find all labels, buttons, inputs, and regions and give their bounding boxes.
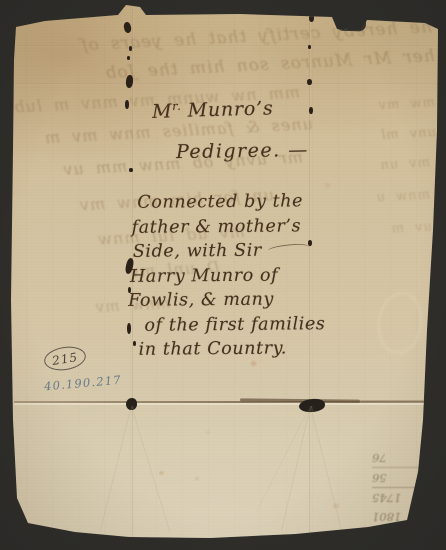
collection-number-oval: 215 <box>42 344 87 373</box>
horizontal-fold-top <box>12 45 438 47</box>
wax-speck <box>308 45 311 49</box>
wax-speck <box>127 56 130 60</box>
bleedthrough-line: uv m <box>332 219 433 239</box>
fox-stain <box>158 470 165 476</box>
watermark <box>374 289 426 357</box>
fox-stain <box>194 476 200 481</box>
title-line: Mr.Munro’s <box>152 96 274 123</box>
bleedthrough-line: mv un <box>330 155 431 175</box>
fox-stain <box>330 503 342 509</box>
note-line: Harry Munro of <box>130 263 325 289</box>
title-name: Munro’s <box>187 98 273 122</box>
tear-highlight <box>14 403 424 405</box>
wax-speck <box>307 79 312 85</box>
bleedthrough-line: mnw u <box>335 188 431 208</box>
horizontal-fold-upper <box>12 83 438 85</box>
diagonal-crease <box>257 406 312 512</box>
note-line: in that Country. <box>139 336 326 362</box>
top-edge-notch <box>336 13 367 31</box>
wax-speck <box>125 100 129 109</box>
note-paragraph: Connected by the father & mother’s Side,… <box>127 189 326 362</box>
accession-number: 40.190.217 <box>44 373 123 394</box>
title-superscript: r. <box>172 99 182 113</box>
note-line: of the first families <box>144 312 325 338</box>
fox-stain <box>323 182 332 189</box>
bleedthrough-line: unv ml <box>328 125 437 146</box>
pencil-number: 76 <box>372 448 418 467</box>
pencil-arithmetic: 1801 1745 56 76 <box>372 448 418 526</box>
note-line: Side, with Sir <box>133 238 325 264</box>
letter-sheet: he hereby certify that he years of her M… <box>0 0 446 550</box>
title-abbrev: M <box>152 100 173 123</box>
wax-speck <box>129 46 132 51</box>
note-line: father & mother’s <box>131 214 324 240</box>
bleedthrough-line: mw mv <box>330 95 436 115</box>
diagonal-crease <box>310 406 342 529</box>
diagonal-crease <box>281 406 312 531</box>
wax-speck <box>129 168 133 172</box>
wax-speck <box>123 21 132 33</box>
subtitle-line: Pedigree. — <box>176 139 309 163</box>
wax-speck <box>309 14 314 22</box>
pencil-number: 1745 <box>372 487 418 507</box>
fox-stain <box>205 430 211 435</box>
pencil-number: 1801 <box>372 507 418 526</box>
note-line: Connected by the <box>137 189 324 215</box>
photo-background: he hereby certify that he years of her M… <box>0 0 446 550</box>
pencil-number: 56 <box>372 467 418 487</box>
wax-speck <box>309 107 313 114</box>
diagonal-crease <box>100 406 133 533</box>
tear-crack <box>360 400 424 402</box>
diagonal-crease <box>131 406 172 533</box>
note-line: Fowlis, & many <box>128 287 325 313</box>
collection-number: 215 <box>51 350 79 368</box>
